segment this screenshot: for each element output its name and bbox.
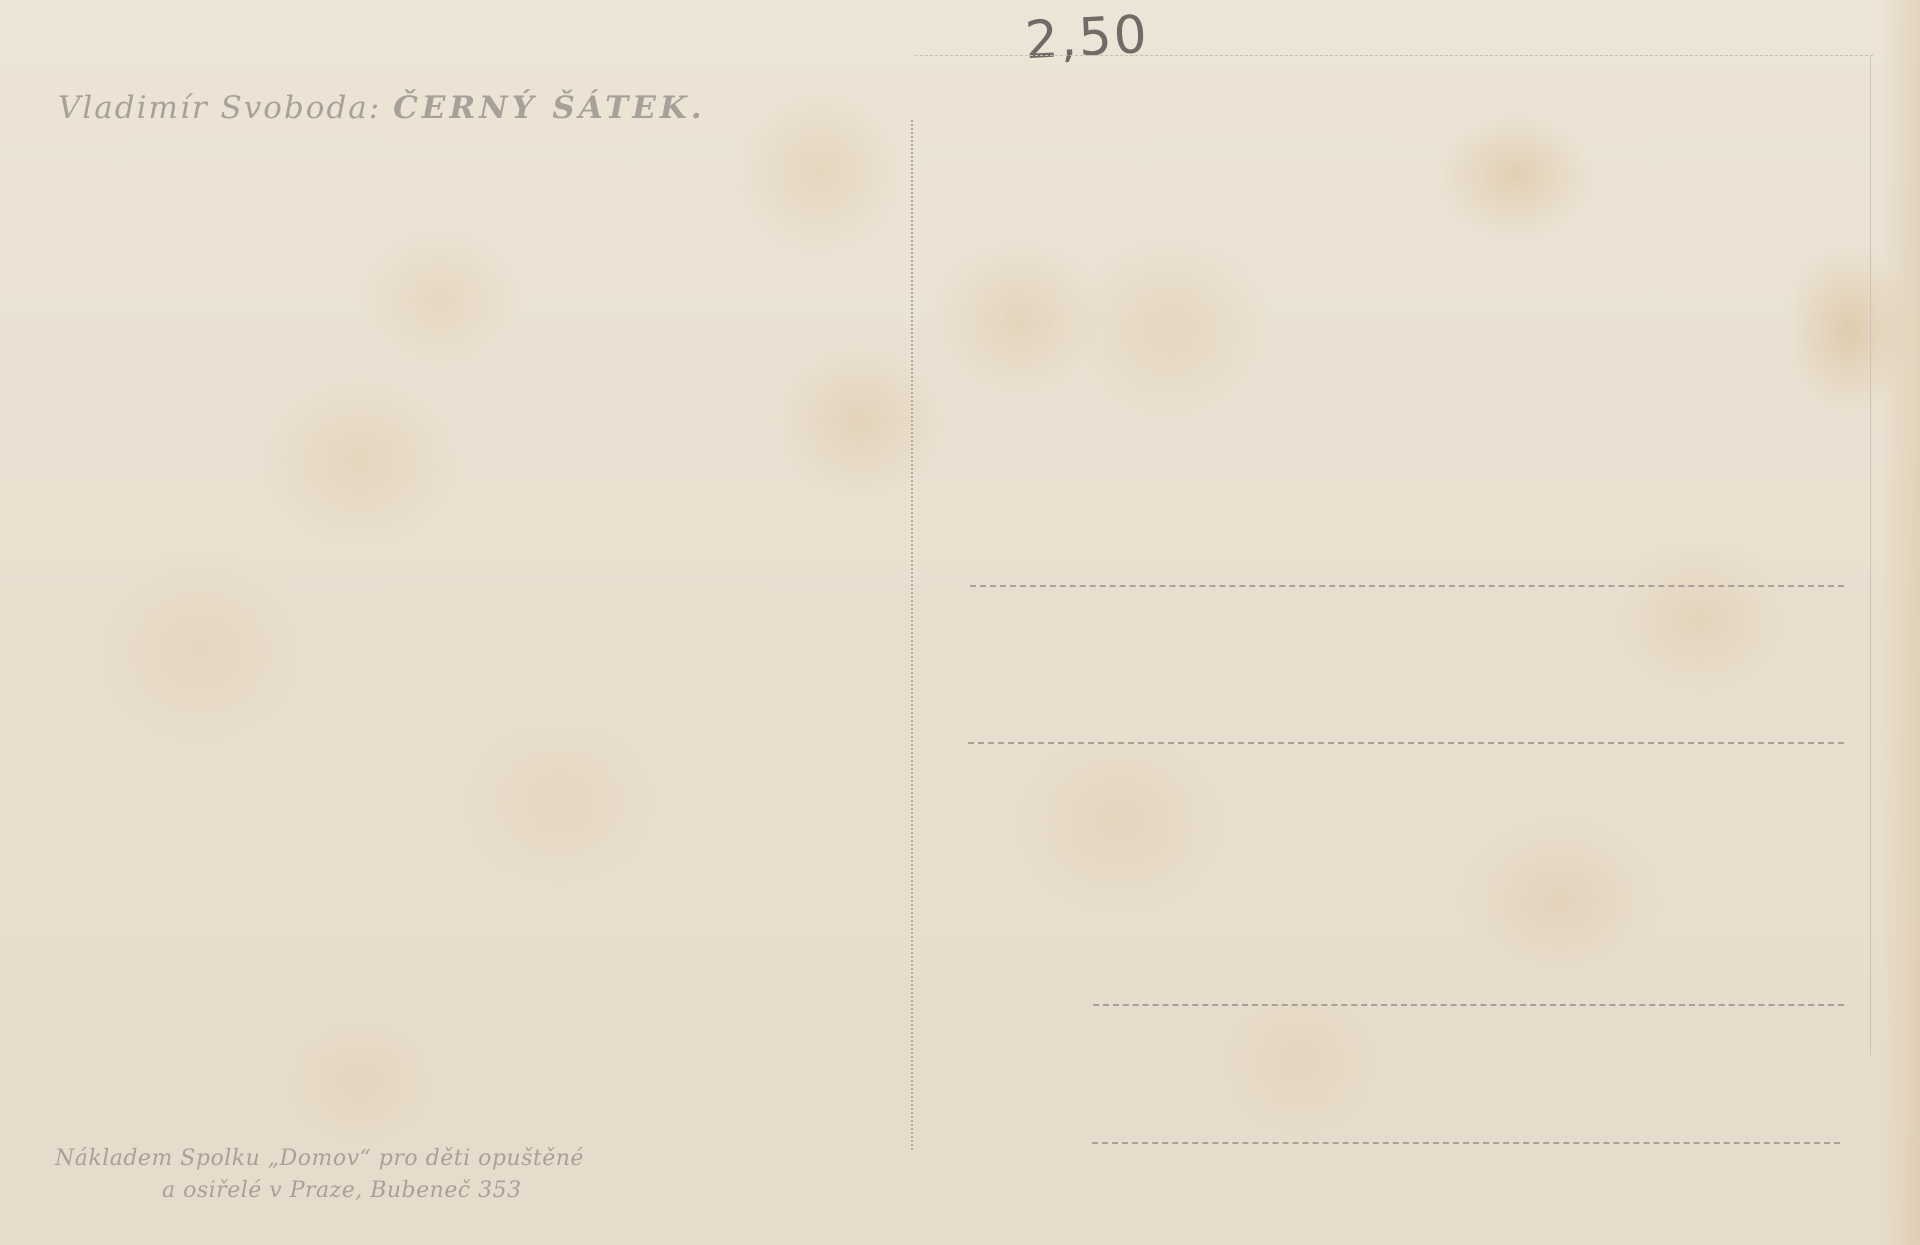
postcard-title: Vladimír Svoboda: ČERNÝ ŠÁTEK.	[58, 90, 706, 126]
stamp-frame-top-border	[915, 55, 1873, 56]
publisher-imprint: Nákladem Spolku „Domov“ pro děti opuštěn…	[55, 1143, 584, 1207]
title-author: Vladimír Svoboda:	[58, 90, 381, 126]
address-line	[970, 585, 1844, 587]
stamp-frame-right-border	[1870, 55, 1871, 1055]
address-line	[1093, 1004, 1844, 1006]
paper-edge-stain	[1880, 0, 1920, 1245]
address-line	[1092, 1142, 1840, 1144]
publisher-line-2: a osiřelé v Praze, Bubeneč 353	[55, 1175, 584, 1207]
handwritten-price: 2,50	[1024, 5, 1151, 71]
message-address-divider	[911, 120, 913, 1150]
title-work: ČERNÝ ŠÁTEK.	[393, 90, 706, 126]
publisher-line-1: Nákladem Spolku „Domov“ pro děti opuštěn…	[55, 1146, 584, 1171]
address-line	[968, 742, 1844, 744]
postcard-back: Vladimír Svoboda: ČERNÝ ŠÁTEK. 2,50 Nákl…	[0, 0, 1920, 1245]
